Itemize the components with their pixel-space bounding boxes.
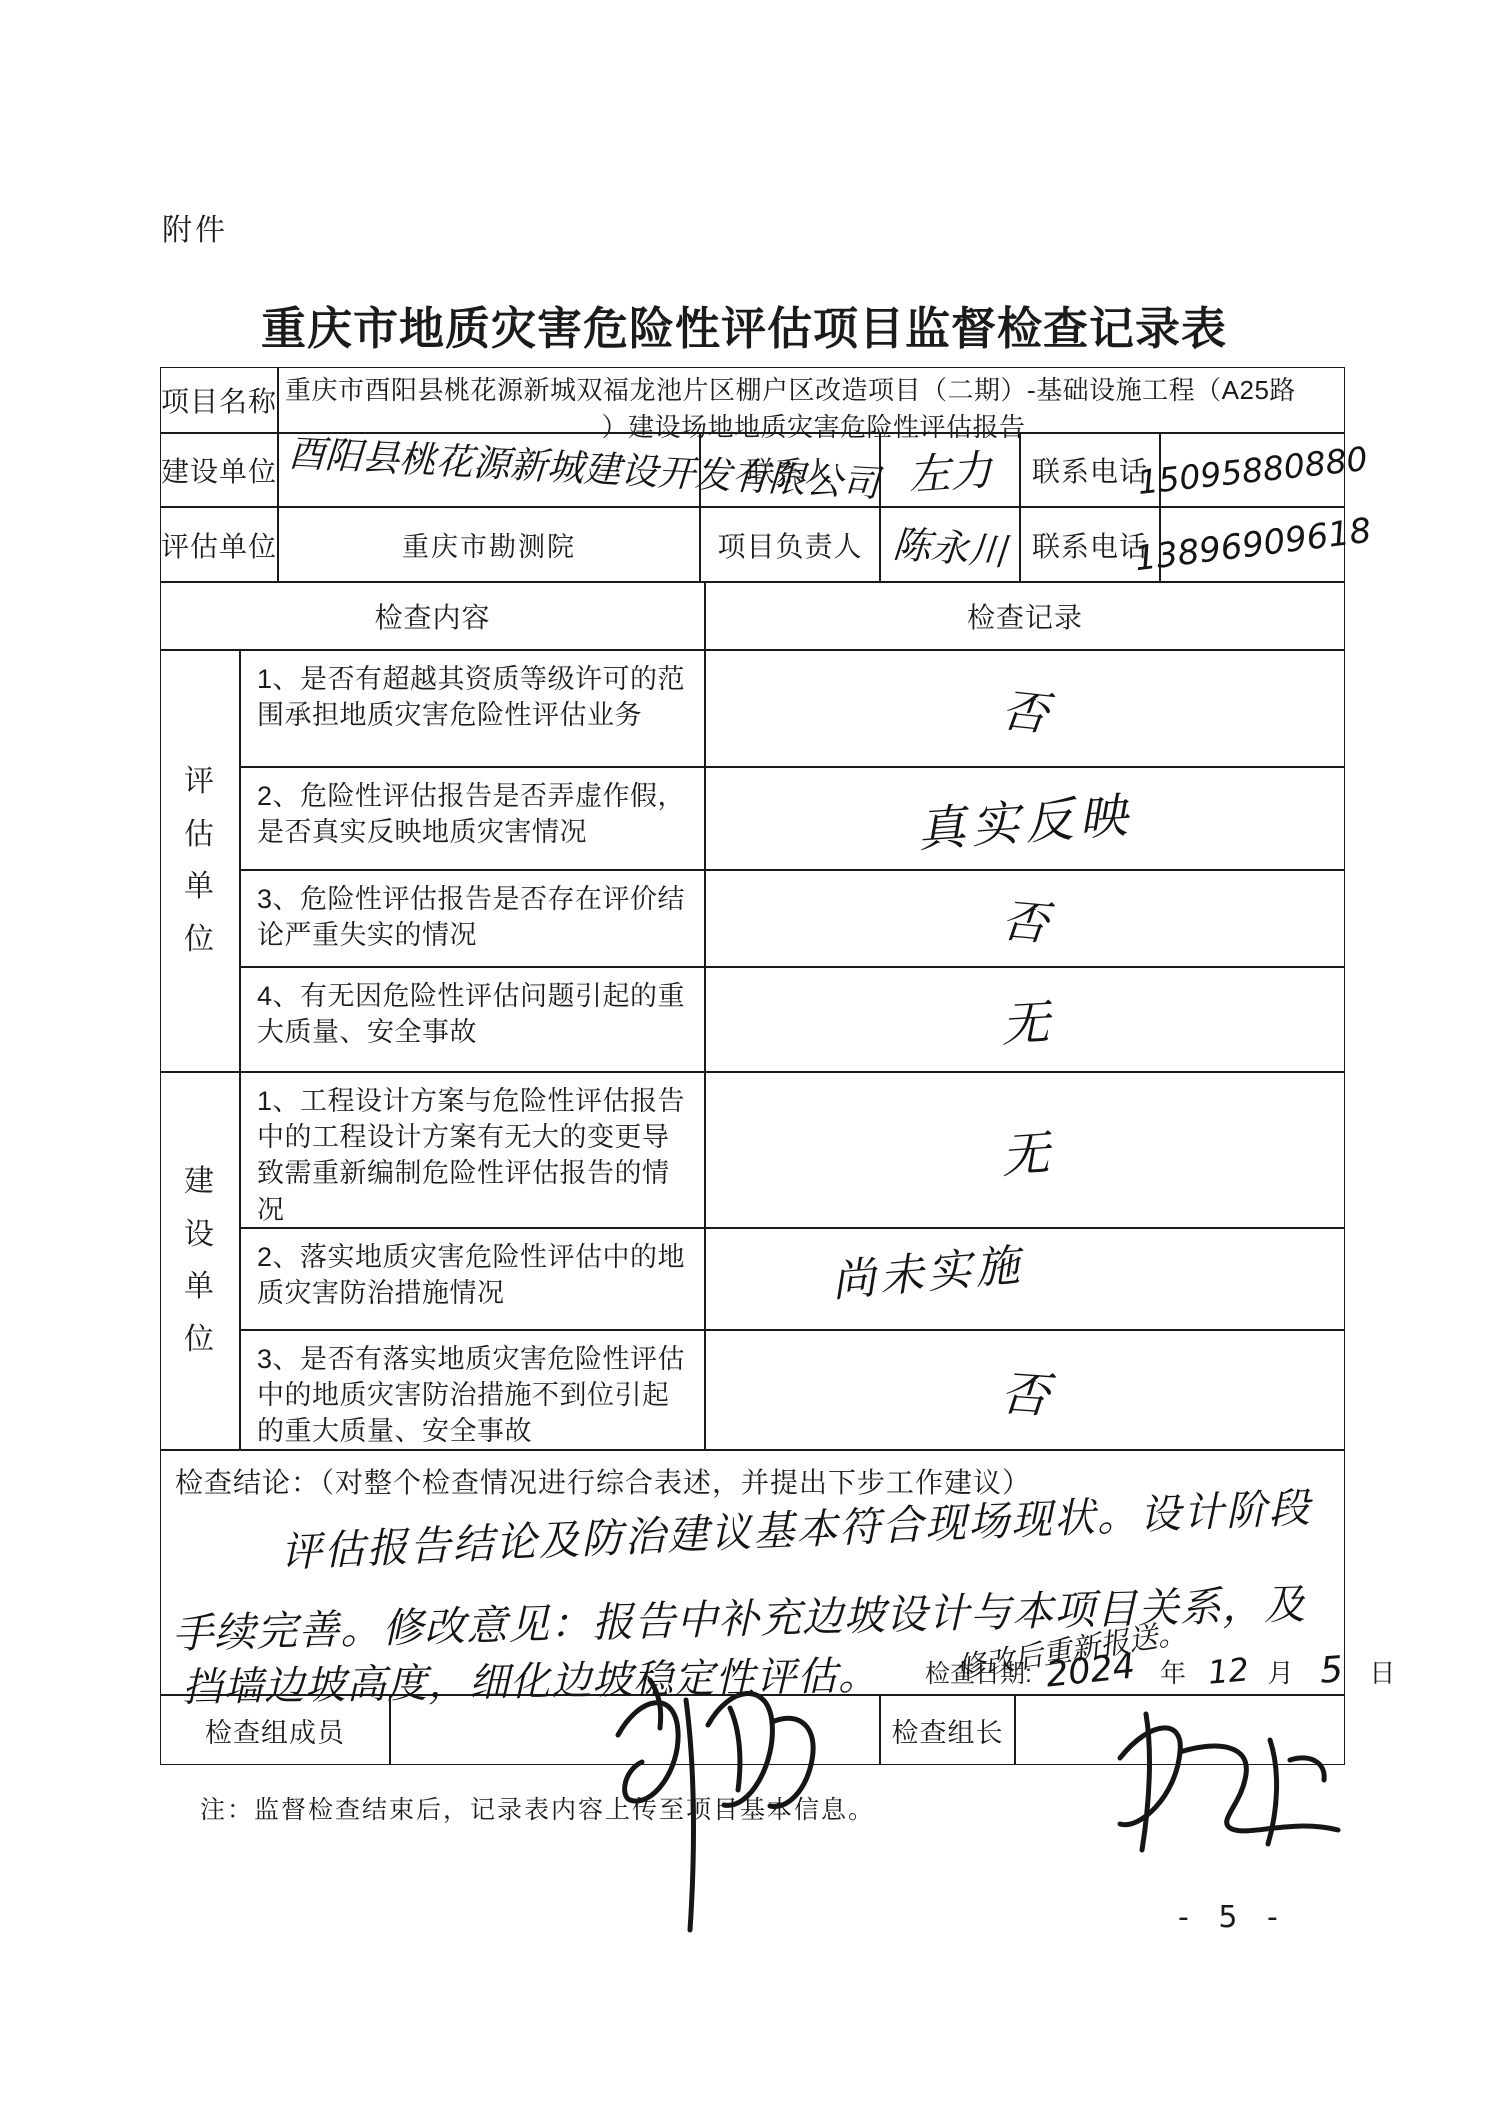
- check-record-header: 检查记录: [705, 582, 1345, 650]
- check-item-record-cell: 否: [705, 1330, 1345, 1450]
- month-unit: 月: [1268, 1658, 1294, 1688]
- check-item-content: 4、有无因危险性评估问题引起的重大质量、安全事故: [240, 967, 705, 1072]
- project-name-line1: 重庆市酉阳县桃花源新城双福龙池片区棚户区改造项目（二期）-基础设施工程（A25路: [285, 372, 1342, 409]
- day-unit: 日: [1369, 1658, 1395, 1688]
- check-item-record-handwritten: 无: [999, 984, 1051, 1055]
- scanned-form-page: 附件 重庆市地质灾害危险性评估项目监督检查记录表 项目名称 重庆市酉阳县桃花源新…: [0, 0, 1488, 2104]
- check-item-record-handwritten: 真实反映: [915, 777, 1135, 861]
- project-leader-label: 项目负责人: [700, 507, 880, 582]
- assessment-unit-label: 评估单位: [160, 507, 278, 582]
- leader-phone-cell: 13896909618: [1160, 507, 1345, 582]
- page-number: - 5 -: [1178, 1900, 1288, 1935]
- inspection-date-month-handwritten: 12: [1207, 1650, 1251, 1691]
- project-leader-cell: 陈永川: [880, 507, 1020, 582]
- check-item-record-handwritten: 否: [999, 884, 1051, 954]
- project-name-label: 项目名称: [160, 367, 278, 433]
- construction-unit-label: 建设单位: [160, 433, 278, 507]
- check-item-record-cell: 无: [705, 967, 1345, 1072]
- team-leader-signature: [1080, 1700, 1360, 1870]
- form-title: 重庆市地质灾害危险性评估项目监督检查记录表: [0, 292, 1488, 357]
- contact-phone-cell: 15095880880: [1160, 433, 1345, 507]
- project-name-cell: 重庆市酉阳县桃花源新城双福龙池片区棚户区改造项目（二期）-基础设施工程（A25路…: [278, 367, 1345, 433]
- check-item-record-cell: 真实反映: [705, 767, 1345, 870]
- check-content-header: 检查内容: [160, 582, 705, 650]
- check-item-record-cell: 否: [705, 870, 1345, 967]
- contact-phone-handwritten-value: 15095880880: [1136, 439, 1370, 502]
- check-item-content: 1、工程设计方案与危险性评估报告中的工程设计方案有无大的变更导致需重新编制危险性…: [240, 1072, 705, 1228]
- team-member-signature: [590, 1640, 850, 1940]
- check-item-record-handwritten: 无: [999, 1114, 1052, 1186]
- check-item-content: 3、是否有落实地质灾害危险性评估中的地质灾害防治措施不到位引起的重大质量、安全事…: [240, 1330, 705, 1450]
- group-label-assessment-unit: 评估单位: [160, 650, 240, 1072]
- check-item-record-handwritten: 尚未实施: [829, 1229, 1026, 1309]
- check-item-record-cell: 无: [705, 1072, 1345, 1228]
- check-item-record-handwritten: 否: [999, 673, 1052, 743]
- contact-person-handwritten-value: 左力: [906, 437, 994, 503]
- check-team-leader-label: 检查组长: [880, 1695, 1015, 1765]
- year-unit: 年: [1160, 1658, 1186, 1688]
- check-item-content: 2、危险性评估报告是否弄虚作假，是否真实反映地质灾害情况: [240, 767, 705, 870]
- check-item-content: 2、落实地质灾害危险性评估中的地质灾害防治措施情况: [240, 1228, 705, 1330]
- check-item-record-cell: 尚未实施: [705, 1228, 1345, 1330]
- attachment-label: 附件: [162, 205, 228, 249]
- check-item-record-cell: 否: [705, 650, 1345, 767]
- check-item-content: 1、是否有超越其资质等级许可的范围承担地质灾害危险性评估业务: [240, 650, 705, 767]
- check-item-content: 3、危险性评估报告是否存在评价结论严重失实的情况: [240, 870, 705, 967]
- leader-phone-handwritten-value: 13896909618: [1132, 510, 1373, 579]
- group-label-construction-unit: 建设单位: [160, 1072, 240, 1450]
- assessment-unit-value: 重庆市勘测院: [278, 507, 700, 582]
- check-item-record-handwritten: 否: [999, 1354, 1052, 1426]
- project-leader-handwritten-value: 陈永川: [891, 513, 1009, 576]
- inspection-date-day-handwritten: 5: [1319, 1649, 1345, 1691]
- contact-person-cell: 左力: [880, 433, 1020, 507]
